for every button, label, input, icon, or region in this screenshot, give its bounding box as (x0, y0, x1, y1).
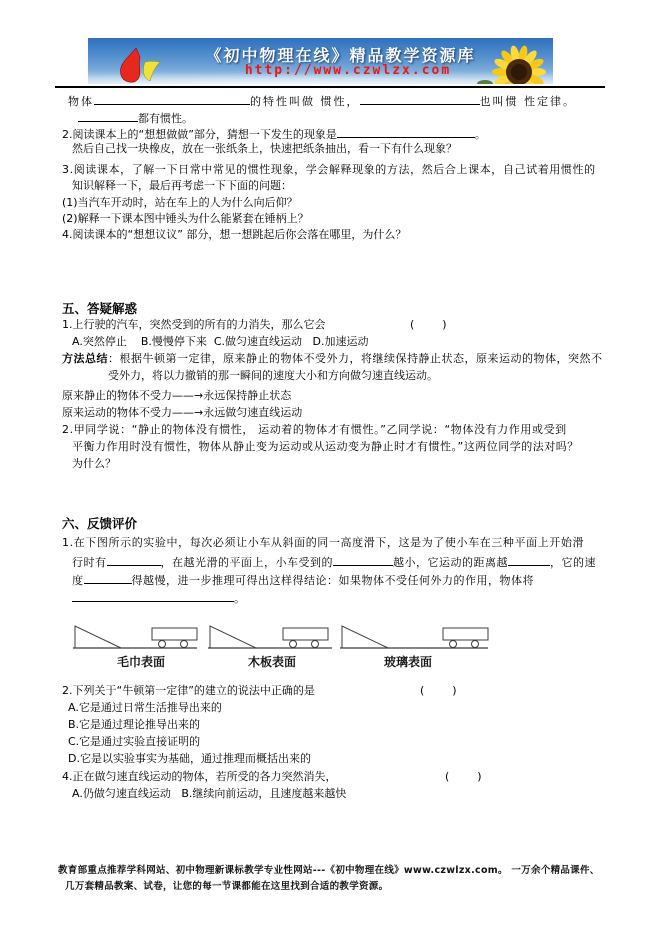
text-line: B.它是通过理论推导出来的 (68, 718, 200, 732)
site-logo-icon (112, 48, 164, 84)
incline-panel: 毛巾表面 (73, 626, 197, 669)
blank-underline (333, 554, 393, 566)
text-line: 度得越慢，进一步推理可得出这样得结论：如果物体不受任何外力的作用，物体将 (72, 572, 534, 588)
text-line: 4.阅读课本的“想想议议” 部分，想一想跳起后你会落在哪里，为什么？ (62, 228, 406, 242)
text-line: 4.正在做匀速直线运动的物体，若所受的各力突然消失，( ) (62, 770, 337, 784)
blank-underline (84, 572, 132, 584)
cart-wheel (312, 641, 319, 648)
cart-wheel (159, 641, 166, 648)
incline-panel: 玻璃表面 (340, 626, 488, 669)
text-line: 为什么？ (72, 457, 116, 471)
incline-experiment-diagram: 毛巾表面木板表面玻璃表面 (55, 615, 515, 675)
surface-label: 毛巾表面 (117, 654, 165, 669)
text-line: (1)当汽车开动时，站在车上的人为什么向后仰？ (62, 196, 298, 210)
text-line: 2.下列关于“牛顿第一定律”的建立的说法中正确的是( ) (62, 684, 315, 698)
incline-panel: 木板表面 (208, 626, 332, 669)
text-line: 原来运动的物体不受力——→永远做匀速直线运动 (62, 406, 302, 420)
answer-brackets: ( ) (420, 684, 457, 698)
text-line: (2)解释一下课本图中锤头为什么能紧套在锤柄上？ (62, 212, 309, 226)
cart-body (283, 628, 328, 640)
surface-label: 木板表面 (248, 654, 296, 669)
text-line: 原来静止的物体不受力——→永远保持静止状态 (62, 389, 291, 403)
text-line: 2.阅读课本上的“想想做做”部分，猜想一下发生的现象是。 (62, 126, 486, 142)
site-banner: 《初中物理在线》精品教学资源库 http://www.czwlzx.com (88, 38, 553, 84)
text-line: A.突然停止 B.慢慢停下来 C.做匀速直线运动 D.加速运动 (72, 335, 368, 349)
surface-label: 玻璃表面 (384, 654, 432, 669)
text-line: 1.在下图所示的实验中，每次必须让小车从斜面的同一高度滑下，这是为了使小车在三种… (62, 536, 584, 550)
footer-line: 教育部重点推荐学科网站、初中物理新课标教学专业性网站---《初中物理在线》www… (58, 862, 600, 876)
worksheet-page: 《初中物理在线》精品教学资源库 http://www.czwlzx.com 物体… (0, 0, 661, 936)
text-line: C.它是通过实验直接证明的 (68, 735, 200, 749)
cart-wheel (450, 641, 457, 648)
incline-triangle (210, 626, 256, 648)
blank-underline (337, 126, 475, 138)
text-line: 受外力，将以力撤销的那一瞬间的速度大小和方向做匀速直线运动。 (108, 369, 438, 383)
text-line: D.它是以实验事实为基础，通过推理而概括出来的 (68, 752, 311, 766)
blank-underline (360, 93, 480, 105)
footer-line: 几万套精品教案、试卷，让您的每一节课都能在这里找到合适的教学资源。 (65, 878, 388, 892)
blank-underline (78, 110, 138, 122)
blank-underline (107, 554, 161, 566)
text-line: 1.上行驶的汽车，突然受到的所有的力消失，那么它会( ) (62, 318, 326, 332)
cart-wheel (181, 641, 188, 648)
incline-triangle (342, 626, 388, 648)
answer-brackets: ( ) (410, 318, 447, 332)
text-line: 知识解释一下，最后再考虑一下下面的问题： (72, 179, 292, 193)
banner-url: http://www.czwlzx.com (218, 63, 478, 78)
text-line: 都有惯性。 (78, 110, 193, 126)
cart-body (443, 628, 488, 640)
cart-body (152, 628, 197, 640)
answer-brackets: ( ) (445, 770, 482, 784)
text-line: A.仍做匀速直线运动 B.继续向前运动，且速度越来越快 (72, 787, 346, 801)
bold-label: 方法总结 (62, 352, 108, 365)
sunflower-image (475, 38, 553, 84)
cart-wheel (290, 641, 297, 648)
text-line: 然后自己找一块橡皮，放在一张纸条上，快速把纸条抽出，看一下有什么现象？ (72, 142, 457, 156)
text-line: 平衡力作用时没有惯性，物体从静止变为运动或从运动变为静止时才有惯性。”这两位同学… (72, 440, 579, 454)
incline-triangle (75, 626, 121, 648)
text-line: 物体的特性叫做 惯性，也叫惯 性定律。 (68, 93, 576, 109)
section-heading: 六、反馈评价 (62, 517, 137, 531)
text-line: 。 (72, 590, 245, 606)
text-line: A.它是通过日常生活推导出来的 (68, 701, 222, 715)
text-line: 2.甲同学说：“静止的物体没有惯性， 运动着的物体才有惯性。”乙同学说：“物体没… (62, 423, 567, 437)
blank-underline (72, 590, 234, 602)
cart-wheel (472, 641, 479, 648)
blank-underline (94, 93, 250, 105)
text-line: 行时有，在越光滑的平面上，小车受到的越小，它运动的距离越，它的速 (72, 554, 596, 570)
text-line: 方法总结：根据牛顿第一定律，原来静止的物体不受外力，将继续保持静止状态，原来运动… (62, 352, 603, 366)
header-divider (55, 86, 605, 88)
text-line: 3.阅读课本，了解一下日常中常见的惯性现象，学会解释现象的方法，然后合上课本，自… (62, 163, 596, 177)
section-heading: 五、答疑解惑 (62, 302, 137, 316)
blank-underline (508, 554, 550, 566)
